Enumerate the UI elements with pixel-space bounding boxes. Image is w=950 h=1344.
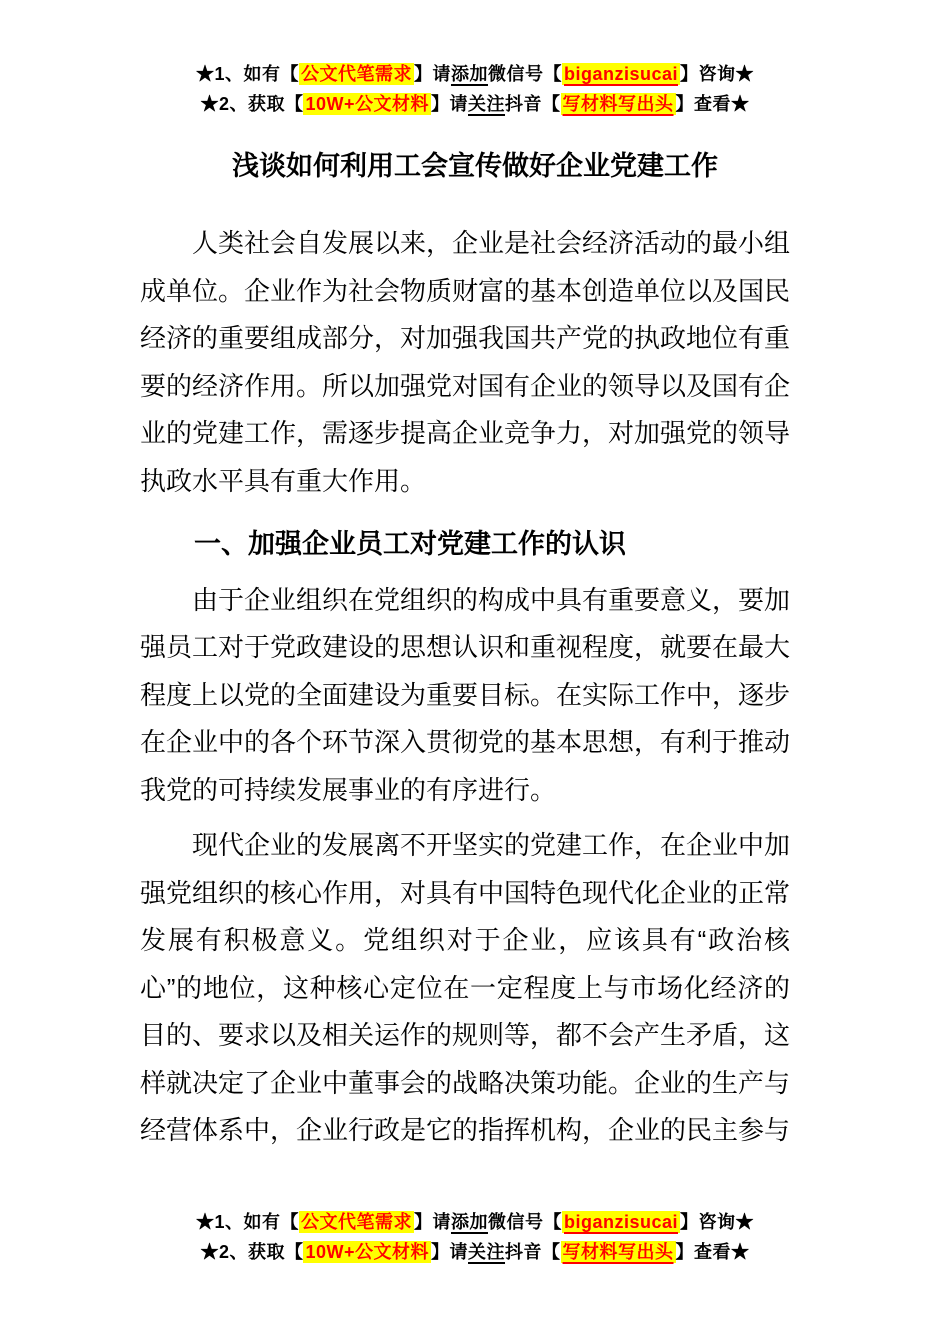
notice-text: ★2、获取【	[200, 94, 303, 114]
notice-underline-follow: 关注	[468, 94, 505, 114]
promo-footer-line-1: ★1、如有【公文代笔需求】请添加微信号【biganzisucai】咨询★	[0, 1207, 950, 1237]
notice-highlight-writing-service: 公文代笔需求	[299, 1211, 414, 1233]
notice-highlight-writing-service: 公文代笔需求	[299, 63, 414, 85]
notice-highlight-materials: 10W+公文材料	[303, 1241, 431, 1263]
notice-underline-follow: 关注	[468, 1242, 505, 1262]
wechat-id: biganzisucai	[562, 63, 680, 85]
notice-text: 】查看★	[676, 1242, 750, 1262]
paragraph: 人类社会自发展以来，企业是社会经济活动的最小组成单位。企业作为社会物质财富的基本…	[140, 220, 790, 505]
notice-highlight-materials: 10W+公文材料	[303, 93, 431, 115]
notice-text: 】请	[431, 94, 468, 114]
notice-text: 】咨询★	[680, 64, 754, 84]
notice-text: 】请	[414, 64, 451, 84]
paragraph: 由于企业组织在党组织的构成中具有重要意义，要加强员工对于党政建设的思想认识和重视…	[140, 577, 790, 815]
promo-header-line-2: ★2、获取【10W+公文材料】请关注抖音【写材料写出头】查看★	[0, 89, 950, 119]
notice-text: 微信号【	[488, 1212, 562, 1232]
notice-text: ★1、如有【	[196, 64, 299, 84]
notice-text: 】查看★	[676, 94, 750, 114]
douyin-account: 写材料写出头	[561, 93, 676, 115]
notice-text: ★1、如有【	[196, 1212, 299, 1232]
promo-notice-header: ★1、如有【公文代笔需求】请添加微信号【biganzisucai】咨询★ ★2、…	[0, 59, 950, 119]
document-title: 浅谈如何利用工会宣传做好企业党建工作	[0, 146, 950, 186]
notice-text: 抖音【	[505, 94, 561, 114]
notice-text: 】请	[414, 1212, 451, 1232]
section-heading-1: 一、加强企业员工对党建工作的认识	[140, 521, 790, 569]
promo-header-line-1: ★1、如有【公文代笔需求】请添加微信号【biganzisucai】咨询★	[0, 59, 950, 89]
notice-text: 】请	[431, 1242, 468, 1262]
wechat-id: biganzisucai	[562, 1211, 680, 1233]
notice-text: 抖音【	[505, 1242, 561, 1262]
douyin-account: 写材料写出头	[561, 1241, 676, 1263]
promo-notice-footer: ★1、如有【公文代笔需求】请添加微信号【biganzisucai】咨询★ ★2、…	[0, 1207, 950, 1267]
notice-text: 微信号【	[488, 64, 562, 84]
notice-underline-add: 添加	[451, 64, 488, 84]
notice-text: ★2、获取【	[200, 1242, 303, 1262]
notice-text: 】咨询★	[680, 1212, 754, 1232]
paragraph: 现代企业的发展离不开坚实的党建工作，在企业中加强党组织的核心作用，对具有中国特色…	[140, 822, 790, 1155]
notice-underline-add: 添加	[451, 1212, 488, 1232]
document-body: 人类社会自发展以来，企业是社会经济活动的最小组成单位。企业作为社会物质财富的基本…	[140, 220, 790, 1155]
document-page: ★1、如有【公文代笔需求】请添加微信号【biganzisucai】咨询★ ★2、…	[0, 0, 950, 1344]
promo-footer-line-2: ★2、获取【10W+公文材料】请关注抖音【写材料写出头】查看★	[0, 1237, 950, 1267]
